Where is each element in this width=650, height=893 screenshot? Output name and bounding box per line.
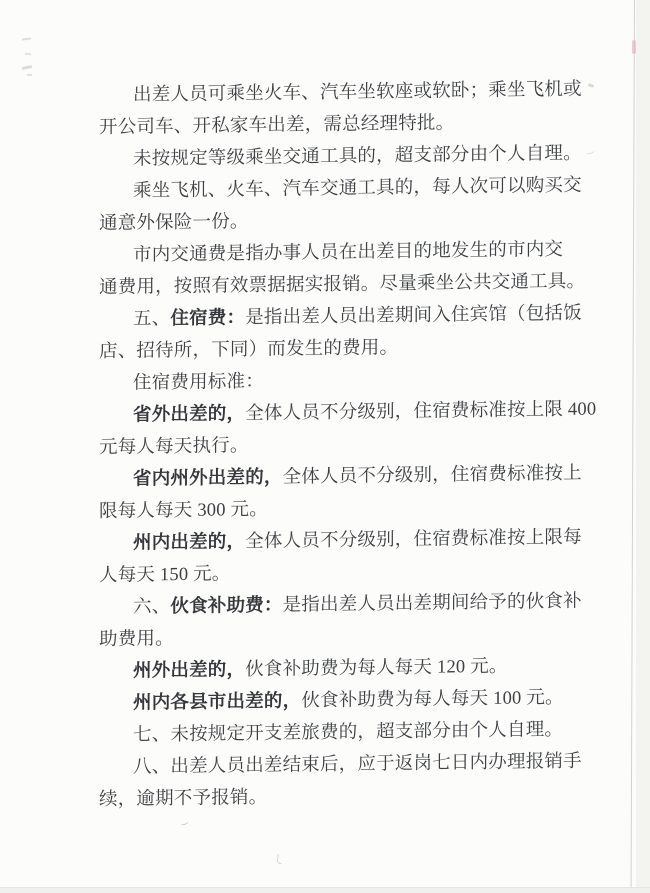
text-run: 全体人员不分级别，住宿费标准按上限每 bbox=[245, 528, 582, 552]
text-line: 八、出差人员出差结束后，应于返岗七日内办理报销手 bbox=[99, 746, 569, 784]
text-run: 伙食补助费为每人每天 100 元。 bbox=[301, 688, 563, 711]
text-run: 通意外保险一份。 bbox=[99, 212, 249, 234]
text-run: 七、未按规定开支差旅费的，超支部分由个人自理。 bbox=[133, 720, 563, 746]
text-run: 六、 bbox=[133, 597, 170, 617]
text-run: 全体人员不分级别，住宿费标准按上 bbox=[283, 464, 582, 488]
text-run: 续，逾期不予报销。 bbox=[99, 788, 267, 810]
text-run: 住宿费用标准： bbox=[133, 372, 264, 394]
text-run: 人每天 150 元。 bbox=[99, 564, 231, 586]
scanned-page: 出差人员可乘坐火车、汽车坐软座或软卧；乘坐飞机或开公司车、开私家车出差，需总经理… bbox=[0, 0, 650, 893]
scan-smudge bbox=[179, 818, 188, 826]
scan-speck bbox=[585, 148, 594, 155]
binding-mark bbox=[22, 65, 32, 70]
text-line: 出差人员可乘坐火车、汽车坐软座或软卧；乘坐飞机或 bbox=[99, 74, 569, 112]
binding-mark bbox=[27, 74, 32, 76]
scan-smudge-pink bbox=[632, 40, 636, 54]
text-run: 店、招待所，下同）而发生的费用。 bbox=[99, 338, 398, 362]
scan-background-strip bbox=[636, 0, 650, 893]
text-line: 五、住宿费：是指出差人员出差期间入住宾馆（包括饭 bbox=[99, 298, 569, 336]
text-run: 未按规定等级乘坐交通工具的，超支部分由个人自理。 bbox=[133, 144, 582, 170]
text-run: 市内交通费是指办事人员在出差目的地发生的市内交 bbox=[133, 240, 563, 266]
text-line: 续，逾期不予报销。 bbox=[99, 778, 569, 816]
text-run-bold: 住宿费： bbox=[170, 308, 245, 329]
text-run: 是指出差人员出差期间入住宾馆（包括饭 bbox=[245, 304, 582, 328]
text-run: 全体人员不分级别，住宿费标准按上限 400 bbox=[245, 399, 596, 424]
binding-mark bbox=[22, 37, 31, 40]
text-run-bold: 省内州外出差的， bbox=[133, 468, 283, 490]
scan-smudge bbox=[276, 854, 282, 865]
text-line: 州内出差的，全体人员不分级别，住宿费标准按上限每 bbox=[99, 522, 569, 560]
text-run-bold: 州外出差的， bbox=[133, 660, 245, 681]
text-run: 是指出差人员出差期间给予的伙食补 bbox=[283, 592, 582, 616]
text-run-bold: 省外出差的， bbox=[133, 404, 245, 425]
text-run: 元每人每天执行。 bbox=[99, 436, 249, 458]
text-line: 乘坐飞机、火车、汽车交通工具的，每人次可以购买交 bbox=[99, 170, 569, 208]
text-run: 开公司车、开私家车出差，需总经理特批。 bbox=[99, 113, 454, 138]
text-line: 省内州外出差的，全体人员不分级别，住宿费标准按上 bbox=[99, 458, 569, 496]
text-run-bold: 伙食补助费： bbox=[170, 596, 282, 617]
binding-mark bbox=[25, 53, 31, 55]
scan-bottom-edge bbox=[0, 887, 650, 893]
text-run: 五、 bbox=[133, 309, 170, 329]
text-run-bold: 州内出差的， bbox=[133, 532, 245, 553]
text-run: 伙食补助费为每人每天 120 元。 bbox=[245, 657, 507, 680]
text-line: 省外出差的，全体人员不分级别，住宿费标准按上限 400 bbox=[99, 394, 569, 432]
text-run: 通费用，按照有效票据据实报销。尽量乘坐公共交通工具。 bbox=[99, 272, 585, 298]
text-run-bold: 州内各县市出差的， bbox=[133, 691, 301, 713]
text-run: 限每人每天 300 元。 bbox=[99, 500, 268, 522]
text-run: 八、出差人员出差结束后，应于返岗七日内办理报销手 bbox=[133, 752, 582, 778]
text-run: 出差人员可乘坐火车、汽车坐软座或软卧；乘坐飞机或 bbox=[133, 80, 582, 106]
text-run: 助费用。 bbox=[99, 629, 174, 650]
document-text-block: 出差人员可乘坐火车、汽车坐软座或软卧；乘坐飞机或开公司车、开私家车出差，需总经理… bbox=[99, 74, 569, 816]
paper-edge-line bbox=[631, 0, 635, 893]
text-line: 六、伙食补助费：是指出差人员出差期间给予的伙食补 bbox=[99, 586, 569, 624]
text-run: 乘坐飞机、火车、汽车交通工具的，每人次可以购买交 bbox=[133, 176, 582, 202]
scan-speck bbox=[588, 83, 595, 88]
